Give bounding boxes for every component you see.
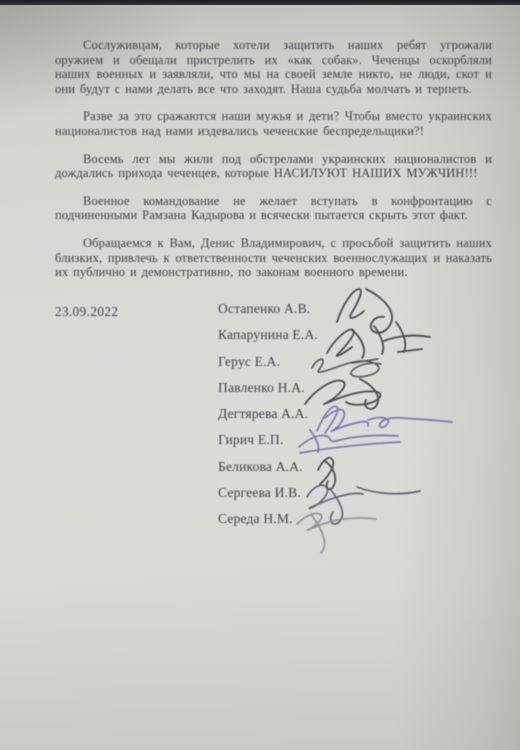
signatory-name: Сергеева И.В.: [218, 485, 418, 511]
signatory-name: Середа Н.М.: [218, 511, 418, 537]
paragraph-1: Сослуживцам, которые хотели защитить наш…: [55, 38, 492, 96]
paragraph-5: Обращаемся к Вам, Денис Владимирович, с …: [55, 236, 492, 280]
letter-date: 23.09.2022: [55, 304, 118, 320]
paragraph-2: Разве за это сражаются наши мужья и дети…: [55, 109, 492, 138]
signatory-name: Герус Е.А.: [218, 354, 418, 380]
paragraph-4: Военное командование не желает вступать …: [55, 194, 492, 223]
signatory-name: Остапенко А.В.: [218, 301, 418, 327]
signatory-name: Капарунина Е.А.: [218, 327, 418, 353]
signatory-name: Беликова А.А.: [218, 459, 418, 485]
letter-page: Сослуживцам, которые хотели защитить наш…: [0, 0, 520, 750]
document-photo: Сослуживцам, которые хотели защитить наш…: [0, 0, 520, 750]
signatory-list: Остапенко А.В. Капарунина Е.А. Герус Е.А…: [218, 301, 418, 538]
paragraph-3: Восемь лет мы жили под обстрелами украин…: [55, 152, 492, 181]
signatory-name: Дегтярева А.А.: [218, 406, 418, 432]
signatory-name: Гирич Е.П.: [218, 432, 418, 458]
signatory-name: Павленко Н.А.: [218, 380, 418, 406]
letter-body: Сослуживцам, которые хотели защитить наш…: [0, 0, 520, 293]
